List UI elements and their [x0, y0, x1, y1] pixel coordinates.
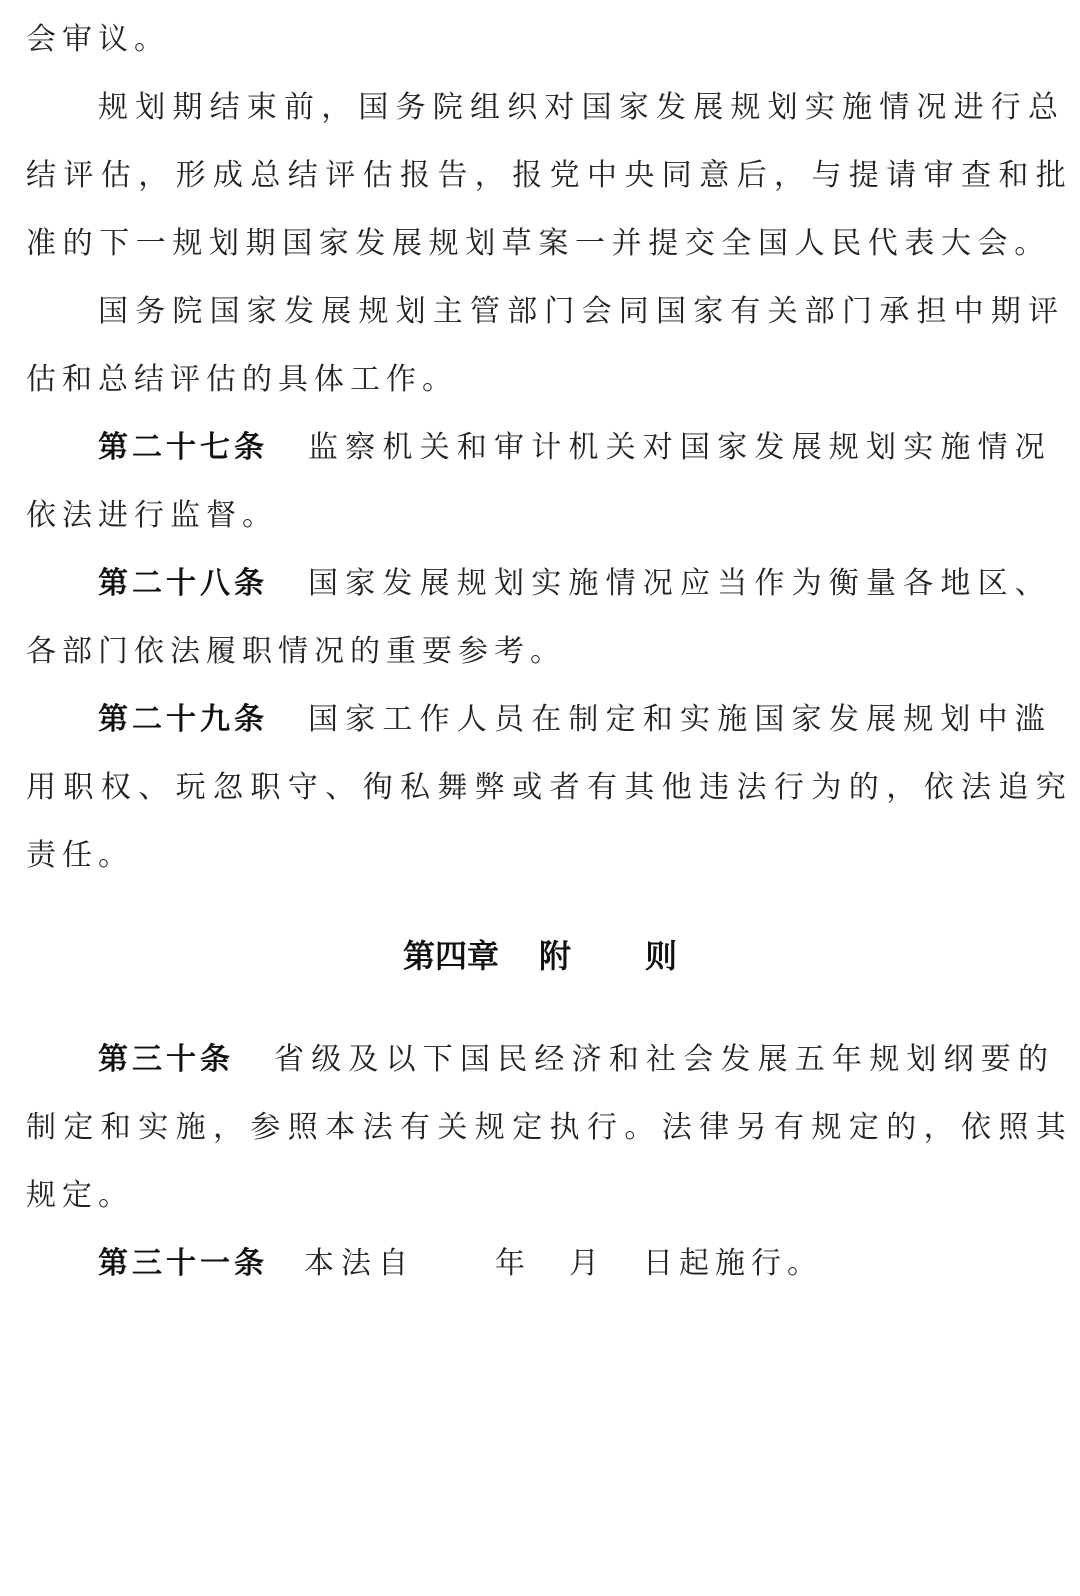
article-29-label: 第二十九条 [98, 702, 268, 737]
line-text: 规划期结束前，国务院组织对国家发展规划实施情况进行总 [98, 88, 1065, 128]
article-28-text: 国家发展规划实施情况应当作为衡量各地区、 [308, 566, 1052, 601]
chapter-number: 第四章 [403, 937, 499, 975]
paragraph-summary-evaluation-line-3: 准的下一规划期国家发展规划草案一并提交全国人民代表大会。 [26, 224, 1051, 264]
article-27-label: 第二十七条 [98, 430, 268, 465]
chapter-title-part-1: 附 [539, 937, 571, 975]
article-30-line-1: 第三十条省级及以下国民经济和社会发展五年规划纲要的 [98, 1040, 1055, 1080]
article-30-text: 省级及以下国民经济和社会发展五年规划纲要的 [274, 1042, 1055, 1077]
paragraph-summary-evaluation-line-1: 规划期结束前，国务院组织对国家发展规划实施情况进行总 [98, 88, 1036, 128]
article-31-line-1: 第三十一条本法自年月日起施行。 [98, 1244, 823, 1284]
article-27-line-1: 第二十七条监察机关和审计机关对国家发展规划实施情况 [98, 428, 1052, 468]
article-27-line-2: 依法进行监督。 [26, 496, 278, 536]
article-28-line-1: 第二十八条国家发展规划实施情况应当作为衡量各地区、 [98, 564, 1052, 604]
article-29-text: 国家工作人员在制定和实施国家发展规划中滥 [308, 702, 1052, 737]
article-29-line-2: 用职权、玩忽职守、徇私舞弊或者有其他违法行为的，依法追究 [26, 768, 1073, 808]
article-29-line-3: 责任。 [26, 836, 134, 876]
article-31-text-start: 本法自 [304, 1246, 415, 1281]
article-30-label: 第三十条 [98, 1042, 234, 1077]
chapter-heading: 第四章附则 [0, 936, 1080, 976]
article-27-text: 监察机关和审计机关对国家发展规划实施情况 [308, 430, 1052, 465]
article-31-year: 年 [495, 1246, 525, 1281]
paragraph-summary-evaluation-line-2: 结评估，形成总结评估报告，报党中央同意后，与提请审查和批 [26, 156, 1073, 196]
article-29-line-1: 第二十九条国家工作人员在制定和实施国家发展规划中滥 [98, 700, 1052, 740]
article-31-text-end: 日起施行。 [643, 1246, 823, 1281]
article-30-line-2: 制定和实施，参照本法有关规定执行。法律另有规定的，依照其 [26, 1108, 1073, 1148]
article-31-label: 第三十一条 [98, 1246, 268, 1281]
article-31-month: 月 [569, 1246, 599, 1281]
article-30-line-3: 规定。 [26, 1176, 134, 1216]
article-28-line-2: 各部门依法履职情况的重要参考。 [26, 632, 566, 672]
paragraph-continuation-line-1: 会审议。 [26, 20, 170, 60]
paragraph-responsible-department-line-1: 国务院国家发展规划主管部门会同国家有关部门承担中期评 [98, 292, 1065, 332]
article-28-label: 第二十八条 [98, 566, 268, 601]
paragraph-responsible-department-line-2: 估和总结评估的具体工作。 [26, 360, 458, 400]
chapter-title-part-2: 则 [645, 937, 677, 975]
